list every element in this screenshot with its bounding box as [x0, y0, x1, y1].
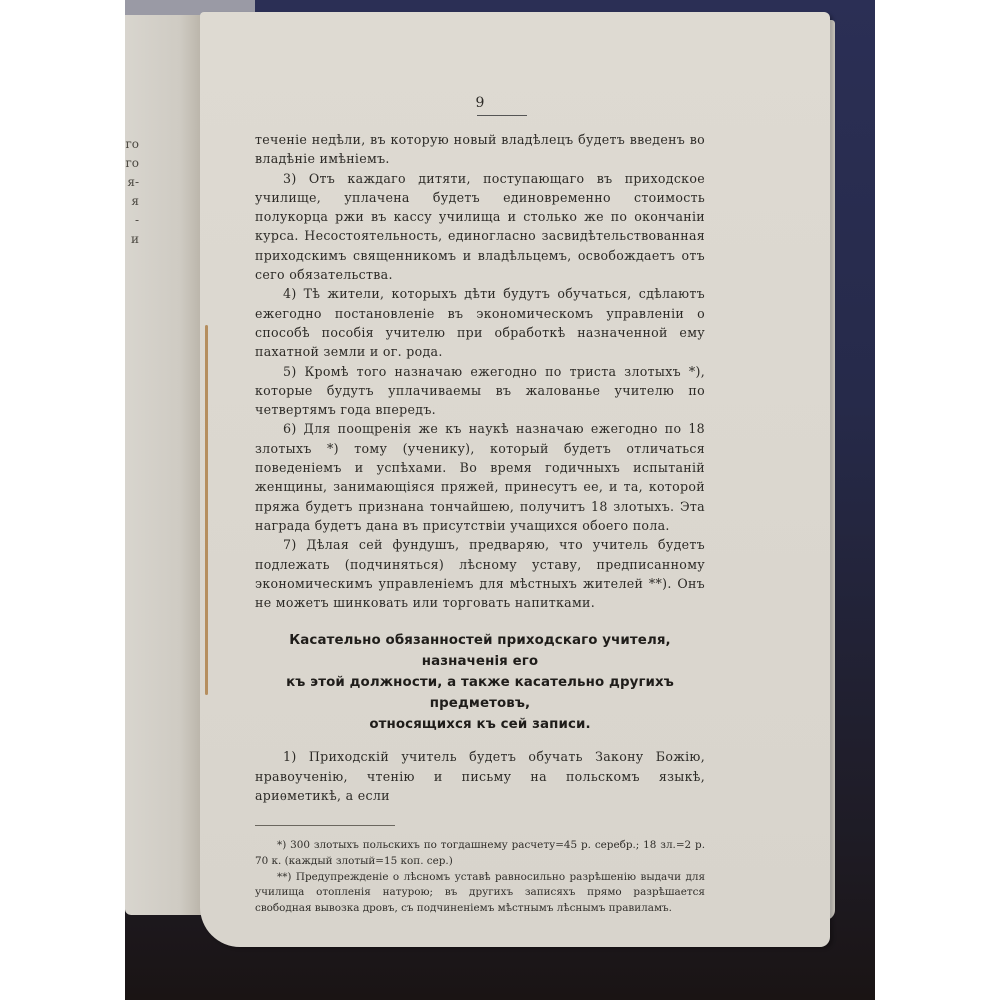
- left-fragment: и: [125, 230, 139, 249]
- spine-binding: [205, 325, 208, 695]
- paragraph-6: 6) Для поощренія же къ наукѣ назначаю еж…: [255, 419, 705, 535]
- paragraph-7: 7) Дѣлая сей фундушъ, предваряю, что учи…: [255, 535, 705, 612]
- paragraph: теченіе недѣли, въ которую новый владѣле…: [255, 130, 705, 169]
- left-page-text-fragments: го го я- я - и: [125, 135, 139, 249]
- footnote-2: **) Предупрежденіе о лѣсномъ уставѣ равн…: [255, 870, 705, 917]
- paragraph-4: 4) Тѣ жители, которыхъ дѣти будутъ обуча…: [255, 284, 705, 361]
- left-fragment: -: [125, 211, 139, 230]
- left-fragment: го: [125, 135, 139, 154]
- section-paragraph-1: 1) Приходскій учитель будетъ обучать Зак…: [255, 747, 705, 805]
- section-heading-line: Касательно обязанностей приходскаго учит…: [255, 630, 705, 672]
- left-fragment: я: [125, 192, 139, 211]
- page-number-rule: [477, 115, 527, 116]
- page-number: 9: [255, 95, 705, 113]
- page-text: 9 теченіе недѣли, въ которую новый владѣ…: [255, 95, 705, 916]
- paragraph-5: 5) Кромѣ того назначаю ежегодно по трист…: [255, 362, 705, 420]
- paragraph-3: 3) Отъ каждаго дитяти, поступающаго въ п…: [255, 169, 705, 285]
- section-heading: Касательно обязанностей приходскаго учит…: [255, 630, 705, 735]
- left-fragment: я-: [125, 173, 139, 192]
- left-fragment: го: [125, 154, 139, 173]
- left-page: го го я- я - и: [125, 15, 203, 915]
- footnote-1: *) 300 злотыхъ польскихъ по тогдашнему р…: [255, 838, 705, 869]
- section-heading-line: относящихся къ сей записи.: [255, 714, 705, 735]
- section-heading-line: къ этой должности, а также касательно др…: [255, 672, 705, 714]
- footnote-rule: [255, 825, 395, 826]
